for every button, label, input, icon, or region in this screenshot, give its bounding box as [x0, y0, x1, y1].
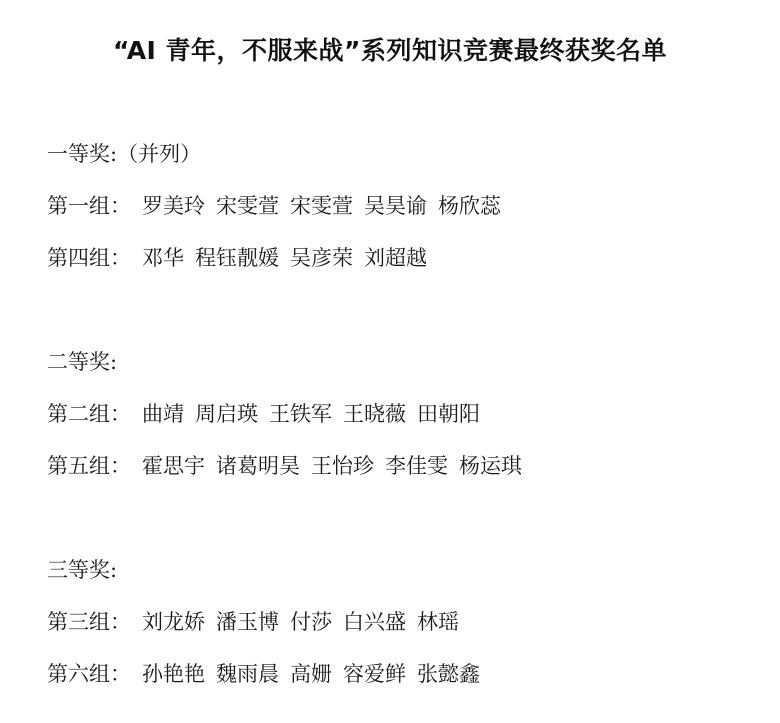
winner-name: 王怡珍	[311, 454, 374, 478]
winner-name: 吴彦荣	[290, 246, 353, 270]
winner-name: 容爱鲜	[343, 662, 406, 686]
group-label: 第五组：	[47, 454, 131, 478]
group-label: 第一组：	[47, 194, 131, 218]
second-prize-heading: 二等奖:	[47, 347, 117, 377]
winner-name: 周启瑛	[195, 402, 258, 426]
winner-name: 刘超越	[364, 246, 427, 270]
group-3-row: 第三组：刘龙娇潘玉博付莎白兴盛林瑶	[47, 607, 459, 637]
winner-name: 诸葛明昊	[216, 454, 300, 478]
winner-name: 邓华	[142, 246, 184, 270]
winner-name: 潘玉博	[216, 610, 279, 634]
winner-name: 杨欣蕊	[438, 194, 501, 218]
winner-name: 张懿鑫	[417, 662, 480, 686]
winner-name: 高姗	[290, 662, 332, 686]
winner-name: 曲靖	[142, 402, 184, 426]
group-label: 第三组：	[47, 610, 131, 634]
group-2-row: 第二组：曲靖周启瑛王铁军王晓薇田朝阳	[47, 399, 480, 429]
winner-name: 罗美玲	[142, 194, 205, 218]
first-prize-heading: 一等奖:（并列）	[47, 139, 201, 169]
winner-name: 宋雯萱	[216, 194, 279, 218]
winner-name: 霍思宇	[142, 454, 205, 478]
document-title: “AI 青年，不服来战”系列知识竞赛最终获奖名单	[0, 33, 780, 69]
winner-name: 杨运琪	[459, 454, 522, 478]
group-label: 第四组：	[47, 246, 131, 270]
group-label: 第六组：	[47, 662, 131, 686]
winner-name: 魏雨晨	[216, 662, 279, 686]
group-5-row: 第五组：霍思宇诸葛明昊王怡珍李佳雯杨运琪	[47, 451, 522, 481]
winner-name: 李佳雯	[385, 454, 448, 478]
group-6-row: 第六组：孙艳艳魏雨晨高姗容爱鲜张懿鑫	[47, 659, 480, 689]
winner-name: 林瑶	[417, 610, 459, 634]
winner-name: 孙艳艳	[142, 662, 205, 686]
group-label: 第二组：	[47, 402, 131, 426]
winner-name: 王晓薇	[343, 402, 406, 426]
group-4-row: 第四组：邓华程钰靓媛吴彦荣刘超越	[47, 243, 427, 273]
winner-name: 吴昊谕	[364, 194, 427, 218]
winner-name: 刘龙娇	[142, 610, 205, 634]
winner-name: 田朝阳	[417, 402, 480, 426]
document-page: “AI 青年，不服来战”系列知识竞赛最终获奖名单 一等奖:（并列） 第一组：罗美…	[0, 0, 780, 723]
winner-name: 宋雯萱	[290, 194, 353, 218]
winner-name: 王铁军	[269, 402, 332, 426]
winner-name: 程钰靓媛	[195, 246, 279, 270]
winner-name: 付莎	[290, 610, 332, 634]
third-prize-heading: 三等奖:	[47, 555, 117, 585]
group-1-row: 第一组：罗美玲宋雯萱宋雯萱吴昊谕杨欣蕊	[47, 191, 501, 221]
winner-name: 白兴盛	[343, 610, 406, 634]
